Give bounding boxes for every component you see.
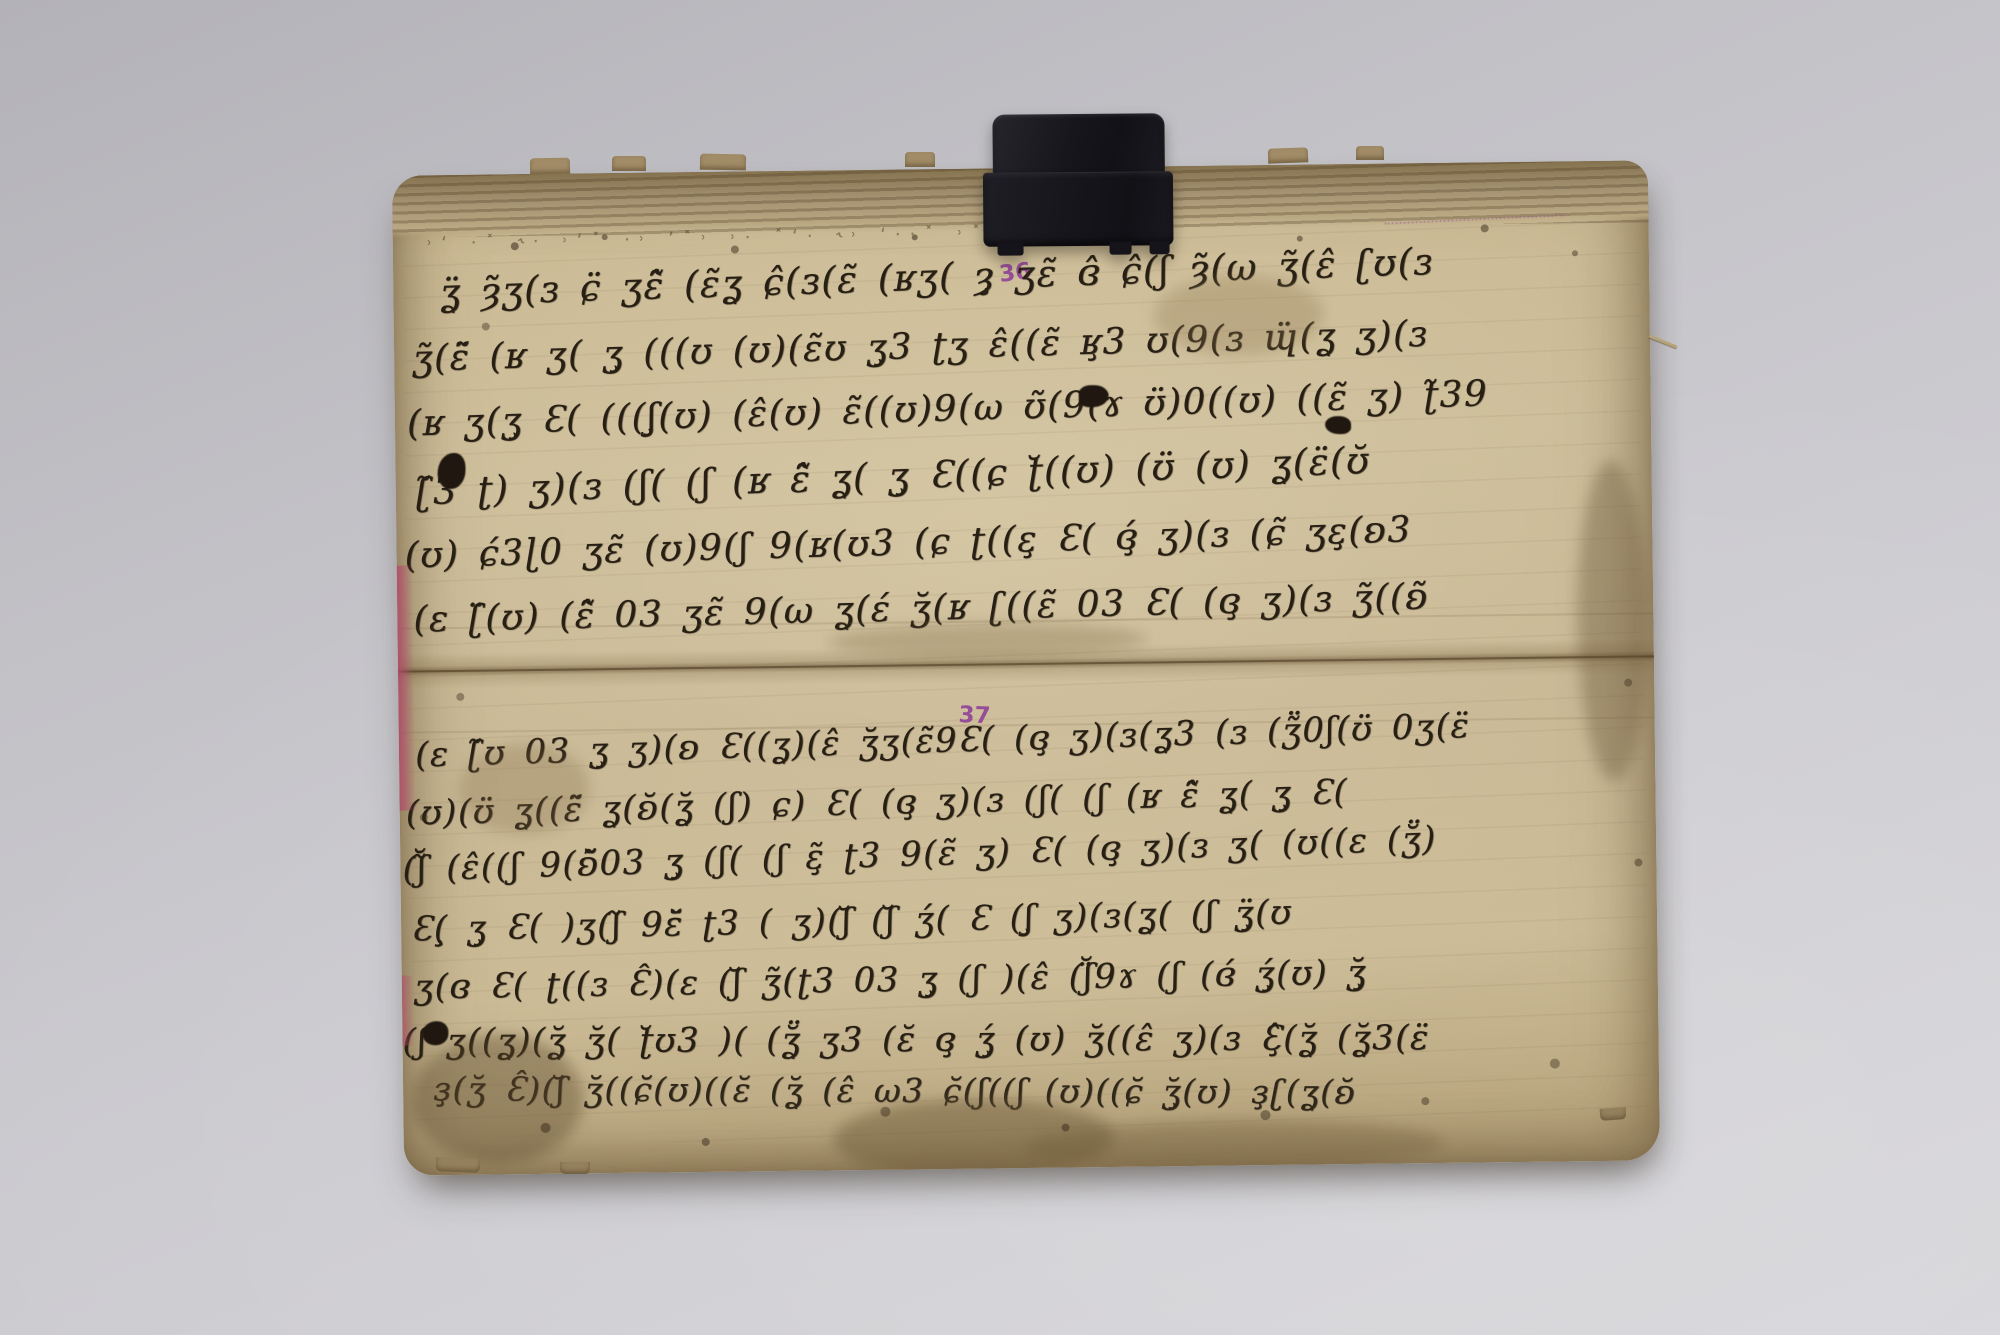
binder-clip <box>982 113 1173 257</box>
binder-clip-foot <box>1149 241 1169 254</box>
stain <box>412 1033 584 1165</box>
binder-clip-foot <box>998 242 1024 255</box>
manuscript-book: ˒ʻ ·˟ ˞· ˒ʻ˟ ·˒ ʼ˟˒ ˒· ˟ʻ· ˞˒ ʻ··˟ ˒˟ ʻ … <box>392 160 1660 1175</box>
edge-chip <box>700 154 746 171</box>
edge-chip <box>612 156 646 171</box>
binder-clip-body <box>983 171 1174 247</box>
ink-blot <box>422 1021 448 1045</box>
binder-clip-top <box>992 113 1165 178</box>
ink-blot <box>1325 416 1351 434</box>
wear-specks <box>392 176 396 180</box>
edge-chip <box>1268 147 1308 163</box>
edge-chip <box>905 152 935 167</box>
paper-fiber <box>1649 334 1678 348</box>
edge-chip <box>560 1162 590 1174</box>
pink-dyed-edge <box>397 565 416 810</box>
binder-clip-foot <box>1109 242 1131 255</box>
pink-dyed-edge <box>402 976 415 1046</box>
edge-chip <box>1600 1107 1627 1121</box>
photo-backdrop: ˒ʻ ·˟ ˞· ˒ʻ˟ ·˒ ʼ˟˒ ˒· ˟ʻ· ˞˒ ʻ··˟ ˒˟ ʻ … <box>0 0 2000 1335</box>
edge-chip <box>436 1157 480 1173</box>
edge-chip <box>1356 146 1384 160</box>
edge-chip <box>530 158 570 175</box>
